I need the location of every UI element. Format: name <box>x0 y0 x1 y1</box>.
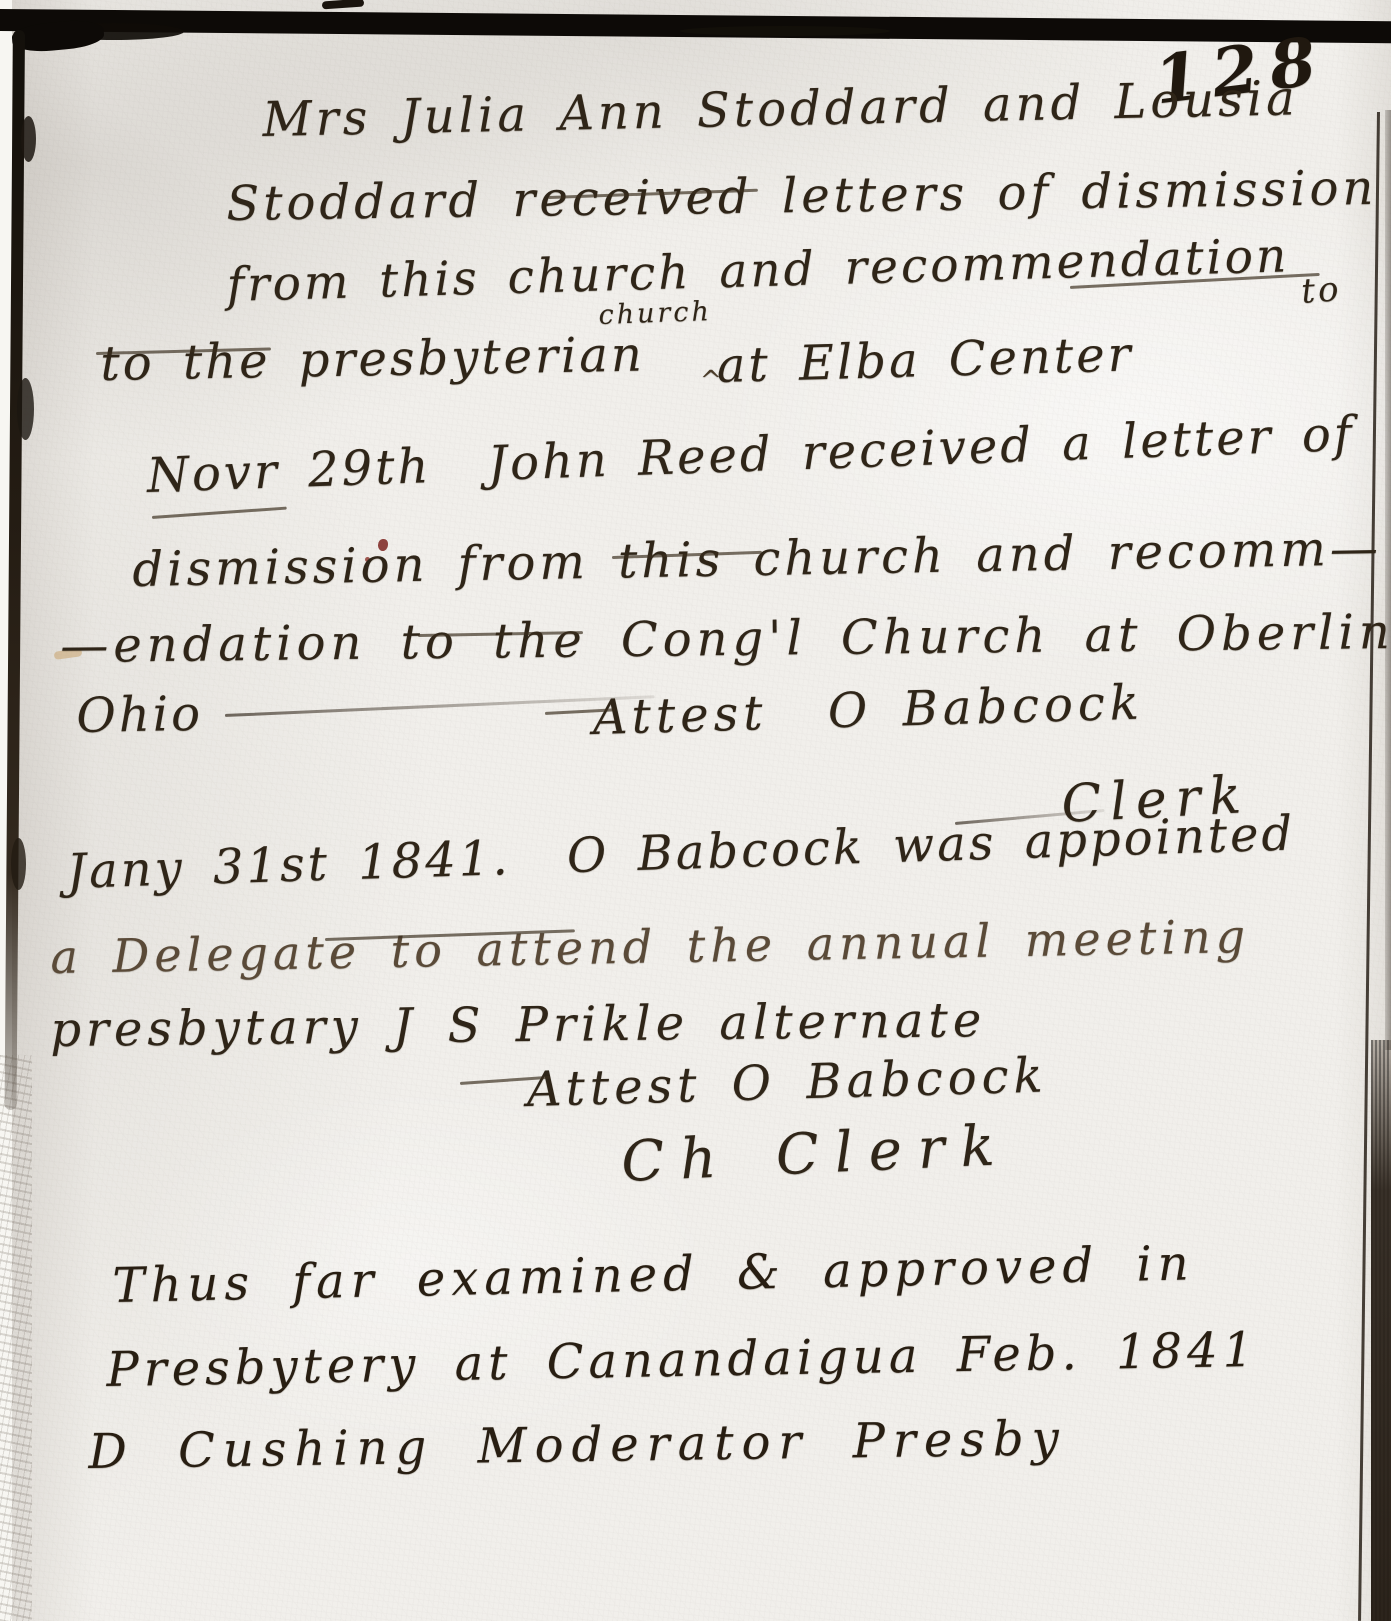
scan-left-edge-speckles <box>0 1055 32 1621</box>
scan-top-edge-blob <box>680 26 890 36</box>
handwritten-line: Stoddard received letters of dismission <box>226 160 1378 232</box>
handwritten-line: —endation to the Cong'l Church at Oberli… <box>60 604 1391 674</box>
handwritten-line: at Elba Center <box>716 326 1134 394</box>
handwritten-line: Thus far examined & approved in <box>112 1235 1195 1314</box>
ink-flourish-stroke <box>225 695 655 717</box>
attestation-signature: Attest O Babcock <box>526 1047 1048 1118</box>
handwritten-line: Presbytery at Canandaigua Feb. 1841 <box>106 1322 1259 1398</box>
clerk-title: Ch Clerk <box>620 1113 1012 1195</box>
scan-right-edge-shadow <box>1385 110 1391 1050</box>
handwritten-line: to the presbyterian <box>100 326 645 391</box>
handwritten-line: from this church and recommendation <box>226 228 1290 313</box>
scan-right-edge-band <box>1371 1040 1391 1621</box>
handwritten-line: presbytary J S Prikle alternate <box>50 992 986 1058</box>
scan-top-stray-mark <box>322 0 364 9</box>
scan-left-edge-blob <box>17 378 34 440</box>
handwritten-line: Ohio <box>76 686 203 744</box>
handwritten-line: Novr 29th John Reed received a letter of <box>146 406 1355 504</box>
scan-left-edge-blob <box>11 838 26 890</box>
scanned-record-page: 128 Mrs Julia Ann Stoddard and Lousia St… <box>0 0 1391 1621</box>
handwritten-line: D Cushing Moderator Presby <box>88 1410 1067 1480</box>
attestation-signature: Attest O Babcock <box>592 675 1145 746</box>
scan-left-edge-blob <box>21 116 36 162</box>
handwritten-line: a Delegate to attend the annual meeting <box>50 909 1251 984</box>
handwritten-line: Mrs Julia Ann Stoddard and Lousia <box>262 70 1299 148</box>
handwritten-line: Jany 31st 1841. O Babcock was appointed <box>66 805 1296 900</box>
ink-underline-stroke <box>152 507 287 519</box>
inserted-word: church <box>598 296 712 331</box>
handwritten-line: dismission from this church and recomm— <box>132 520 1382 598</box>
